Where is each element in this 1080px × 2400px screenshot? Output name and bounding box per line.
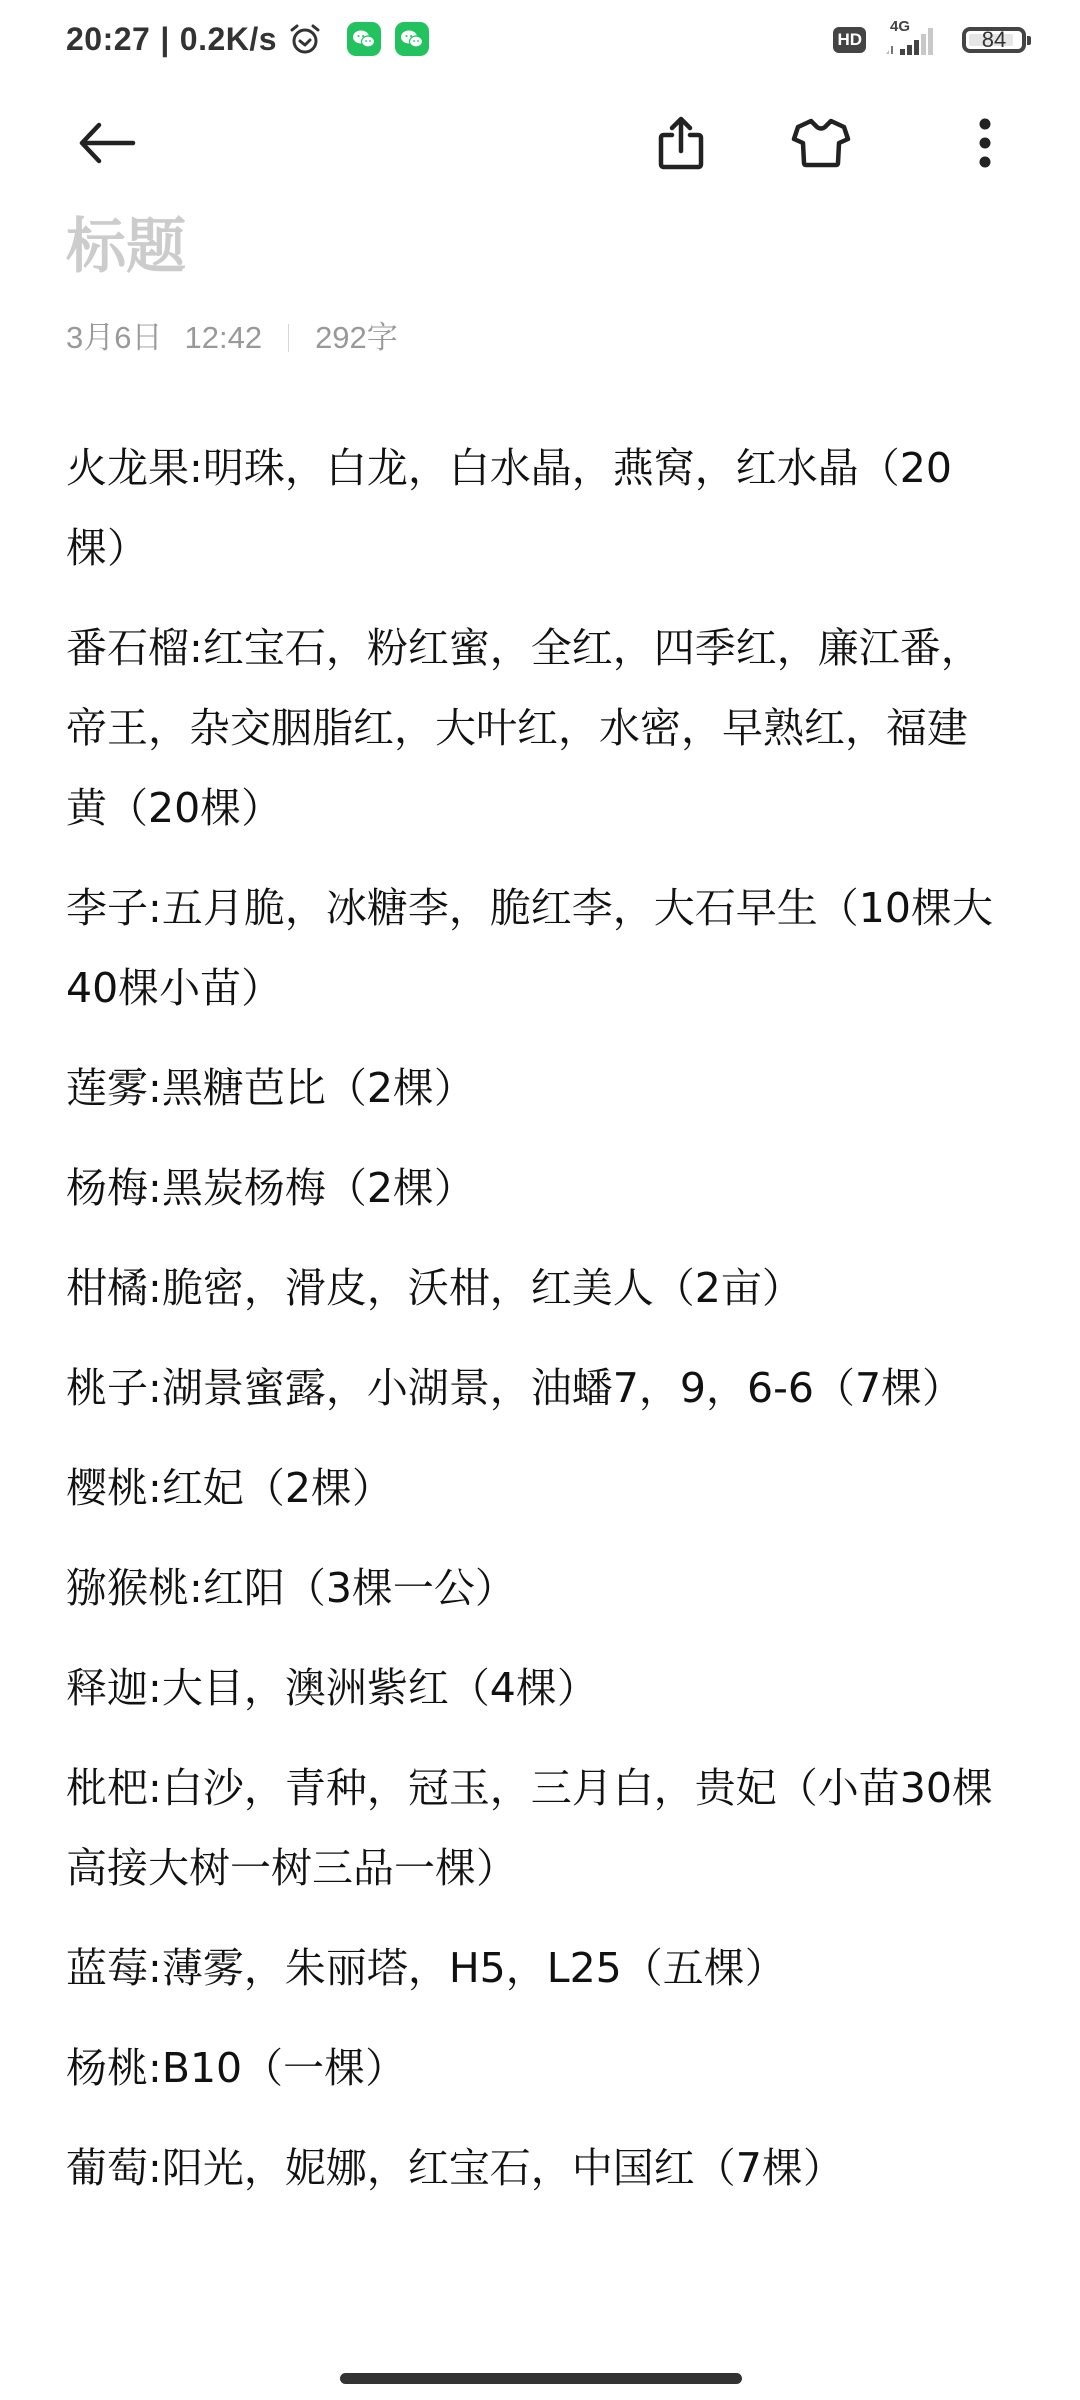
note-paragraph[interactable]: 柑橘:脆密，滑皮，沃柑，红美人（2亩） <box>66 1248 1006 1328</box>
battery-icon: 84 <box>962 27 1026 53</box>
note-meta: 3月6日 12:42 292字 <box>66 318 398 358</box>
note-body-editor[interactable]: 火龙果:明珠，白龙，白水晶，燕窝，红水晶（20棵） 番石榴:红宝石，粉红蜜，全红… <box>66 428 1006 2228</box>
note-paragraph[interactable]: 杨梅:黑炭杨梅（2棵） <box>66 1148 1006 1228</box>
note-paragraph[interactable]: 杨桃:B10（一棵） <box>66 2028 1006 2108</box>
arrow-left-icon <box>77 121 137 169</box>
share-icon <box>657 115 705 175</box>
battery-nub <box>1027 36 1031 45</box>
hd-badge: HD <box>833 27 866 53</box>
note-paragraph[interactable]: 番石榴:红宝石，粉红蜜，全红，四季红，廉江番，帝王，杂交胭脂红，大叶红，水密，早… <box>66 608 1006 848</box>
more-options-button[interactable] <box>940 100 1030 190</box>
cellular-signal-icon: 4G <box>884 20 944 60</box>
note-paragraph[interactable]: 李子:五月脆，冰糖李，脆红李，大石早生（10棵大40棵小苗） <box>66 868 1006 1028</box>
note-paragraph[interactable]: 樱桃:红妃（2棵） <box>66 1448 1006 1528</box>
wechat-icon <box>347 22 381 56</box>
more-vertical-icon <box>977 117 993 173</box>
share-button[interactable] <box>636 100 726 190</box>
shirt-icon <box>791 117 851 173</box>
status-time: 20:27 <box>66 21 150 58</box>
word-count: 292字 <box>315 318 398 358</box>
network-speed: 0.2K/s <box>180 21 277 58</box>
wechat-icon <box>395 22 429 56</box>
note-paragraph[interactable]: 火龙果:明珠，白龙，白水晶，燕窝，红水晶（20棵） <box>66 428 1006 588</box>
back-button[interactable] <box>62 100 152 190</box>
meta-divider <box>288 324 289 352</box>
note-paragraph[interactable]: 蓝莓:薄雾，朱丽塔，H5，L25（五棵） <box>66 1928 1006 2008</box>
note-paragraph[interactable]: 桃子:湖景蜜露，小湖景，油蟠7，9，6-6（7棵） <box>66 1348 1006 1428</box>
note-paragraph[interactable]: 葡萄:阳光，妮娜，红宝石，中国红（7棵） <box>66 2128 1006 2208</box>
status-separator: | <box>160 21 169 58</box>
home-indicator[interactable] <box>340 2373 742 2384</box>
note-paragraph[interactable]: 枇杷:白沙，青种，冠玉，三月白，贵妃（小苗30棵高接大树一树三品一棵） <box>66 1748 1006 1908</box>
theme-button[interactable] <box>776 100 866 190</box>
status-left: 20:27 | 0.2K/s <box>66 18 429 60</box>
note-paragraph[interactable]: 释迦:大目，澳洲紫红（4棵） <box>66 1648 1006 1728</box>
note-title-input[interactable]: 标题 <box>66 205 186 289</box>
note-date: 3月6日 <box>66 318 162 358</box>
note-time: 12:42 <box>184 318 262 358</box>
note-toolbar <box>0 100 1080 190</box>
battery-level: 84 <box>982 31 1006 49</box>
status-right: HD 4G 84 <box>833 20 1026 60</box>
alarm-icon <box>287 21 323 57</box>
note-paragraph[interactable]: 猕猴桃:红阳（3棵一公） <box>66 1548 1006 1628</box>
note-paragraph[interactable]: 莲雾:黑糖芭比（2棵） <box>66 1048 1006 1128</box>
status-bar: 20:27 | 0.2K/s <box>0 0 1080 78</box>
